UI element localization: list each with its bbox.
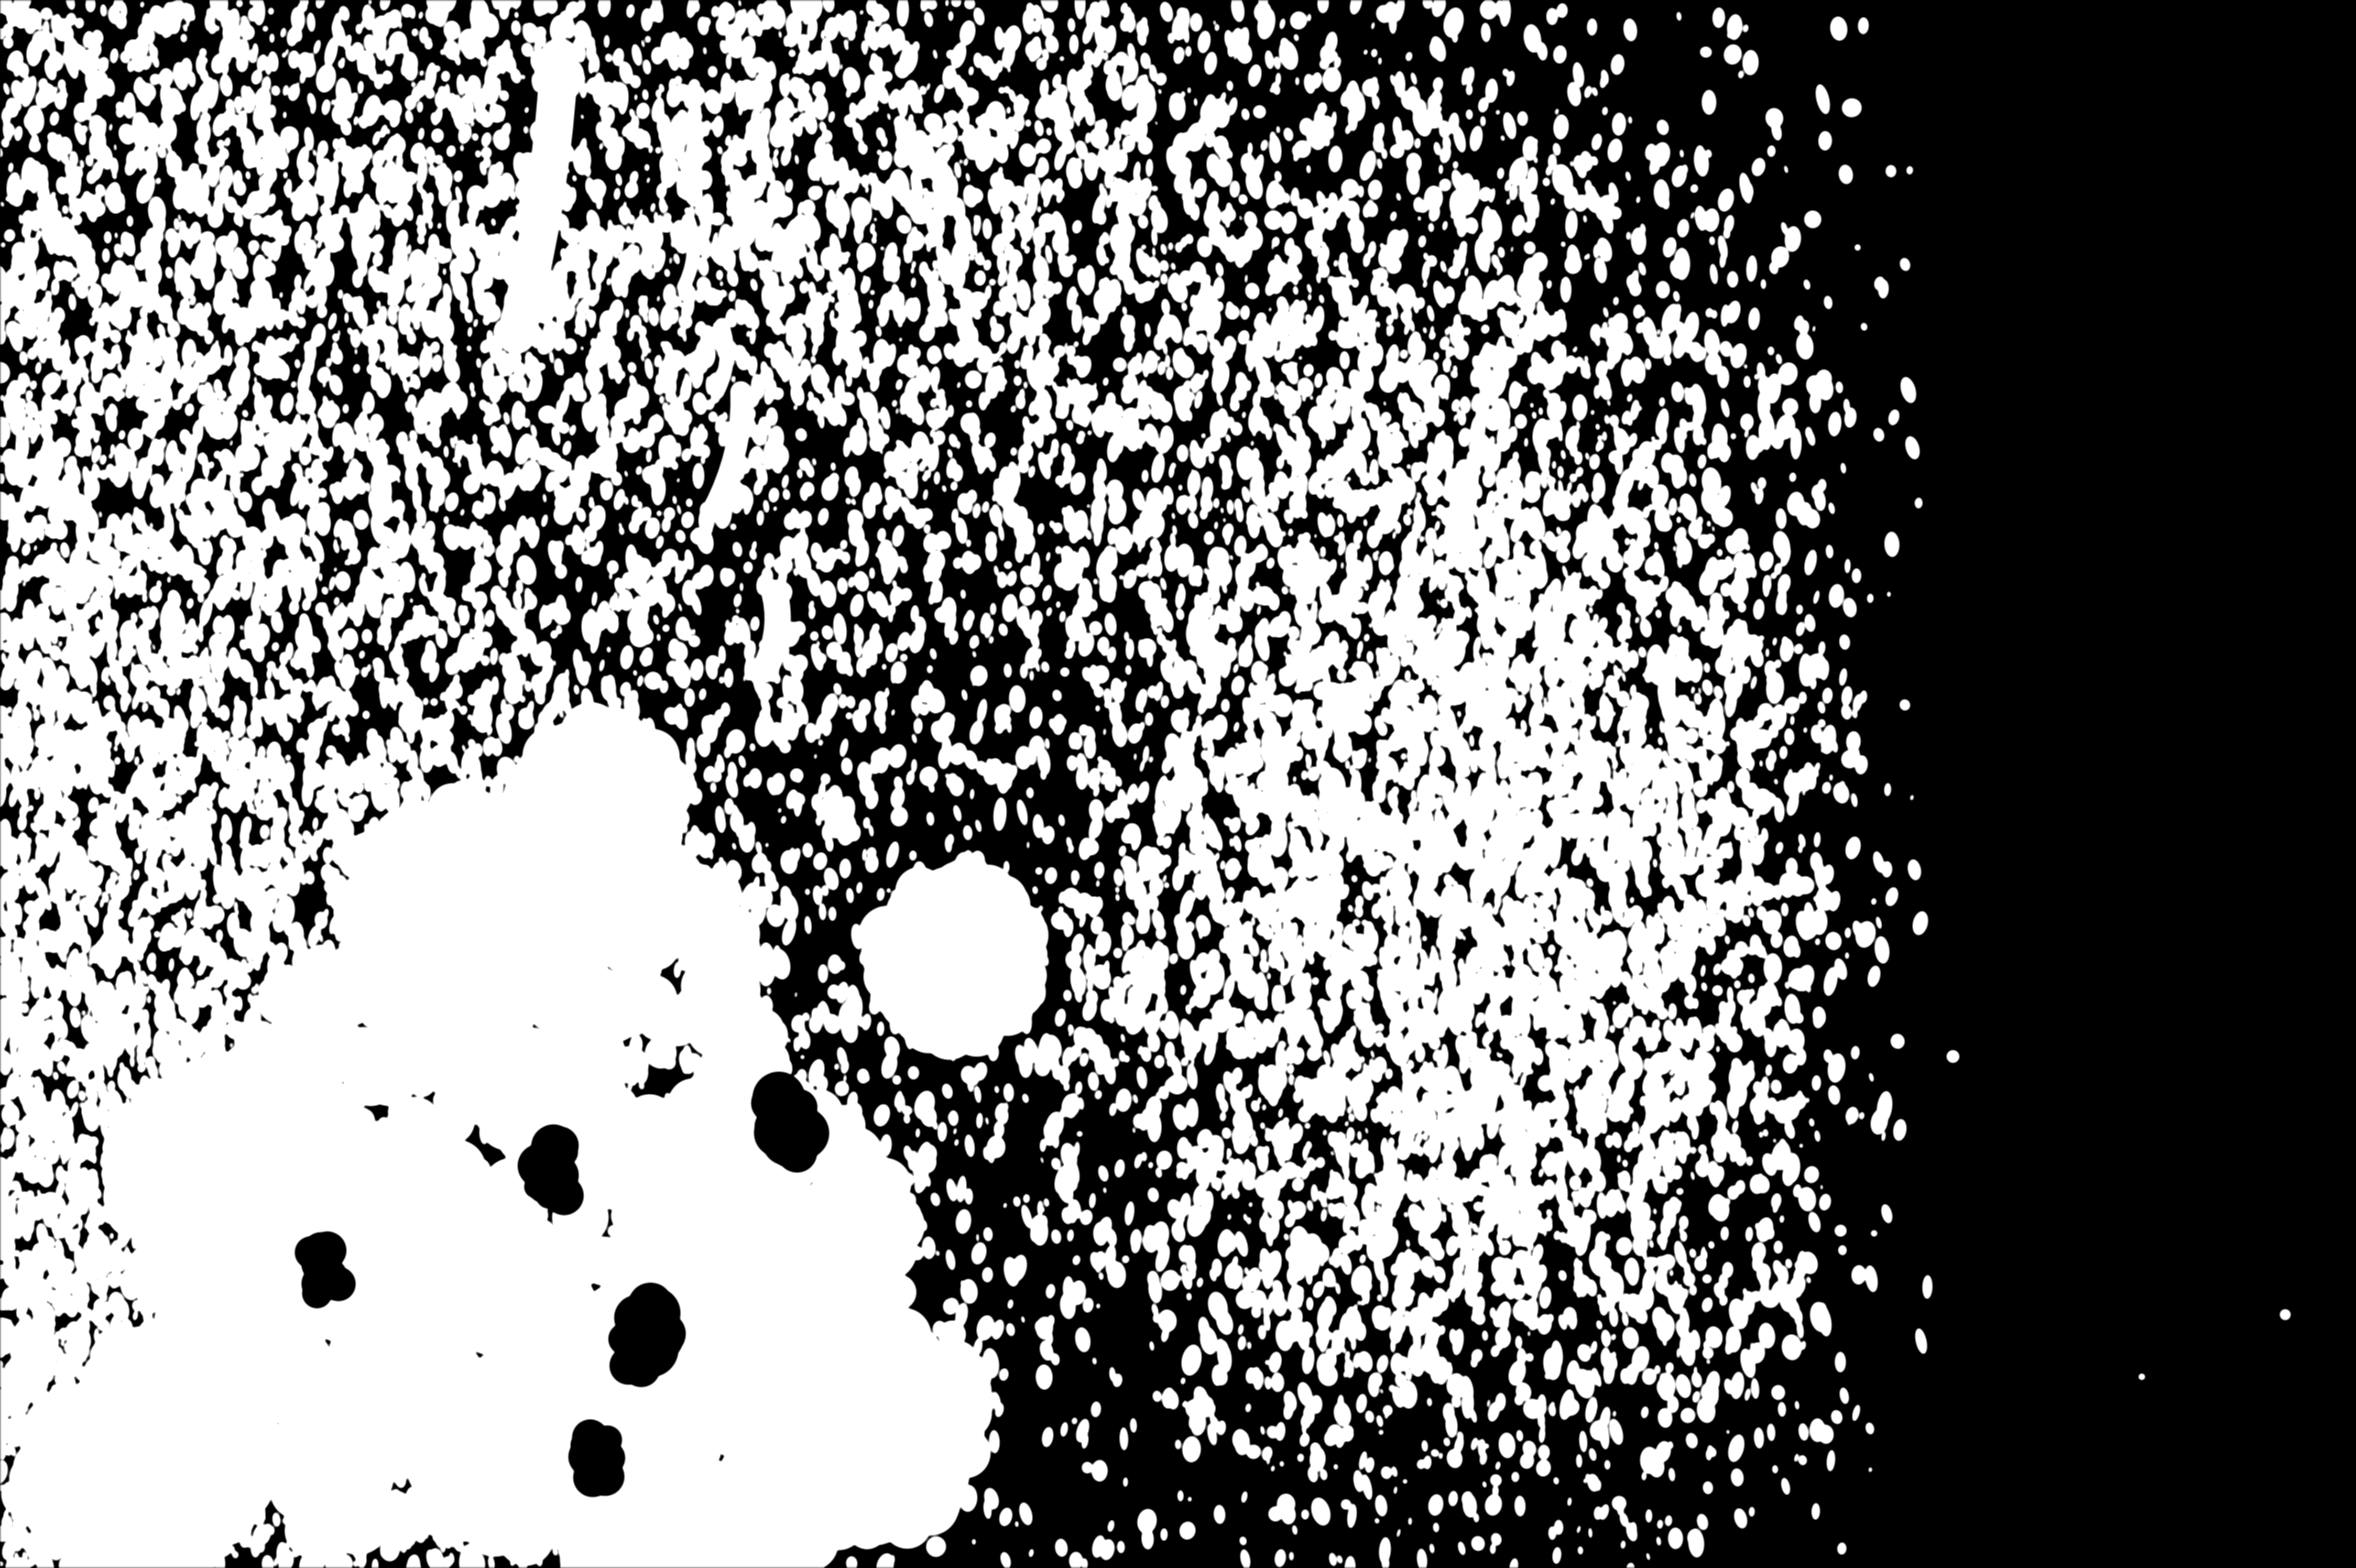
speckle-texture-canvas xyxy=(0,0,2356,1568)
grunge-texture-image: High-contrast black-and-white distressed… xyxy=(0,0,2356,1568)
